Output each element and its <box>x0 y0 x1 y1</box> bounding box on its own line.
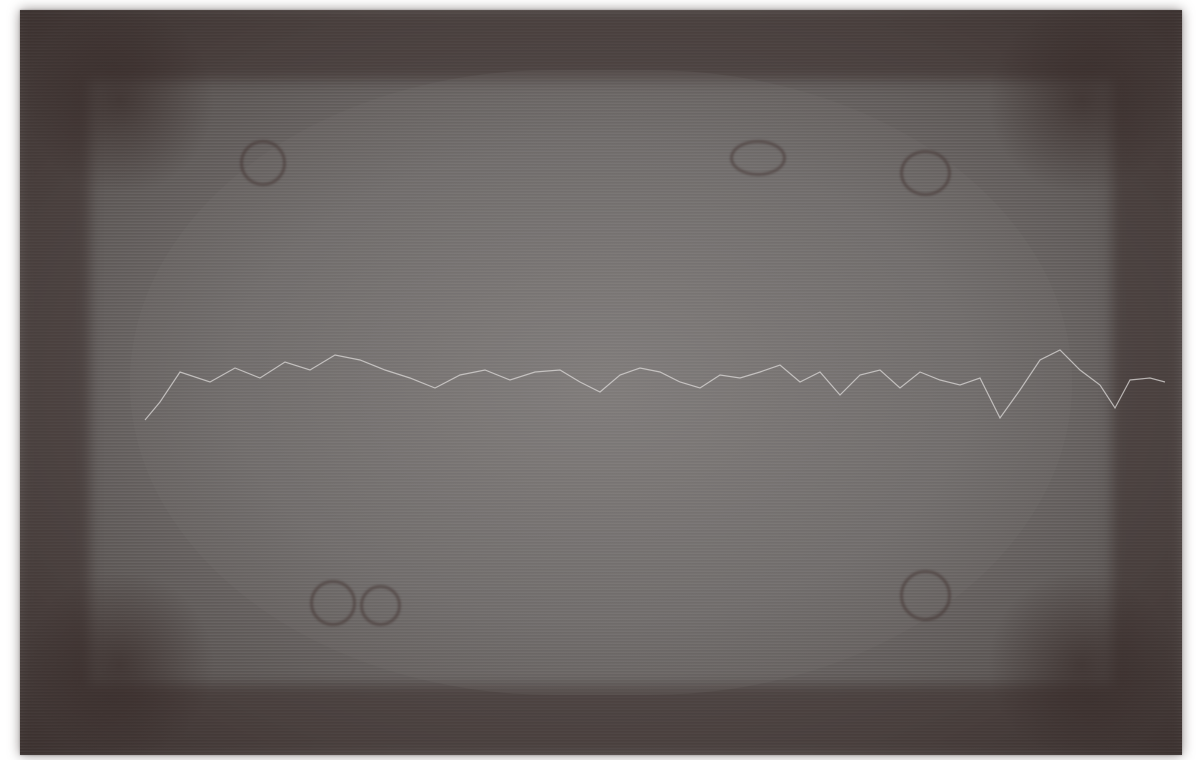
rug <box>20 10 1182 755</box>
loose-thread-line <box>20 10 1182 755</box>
